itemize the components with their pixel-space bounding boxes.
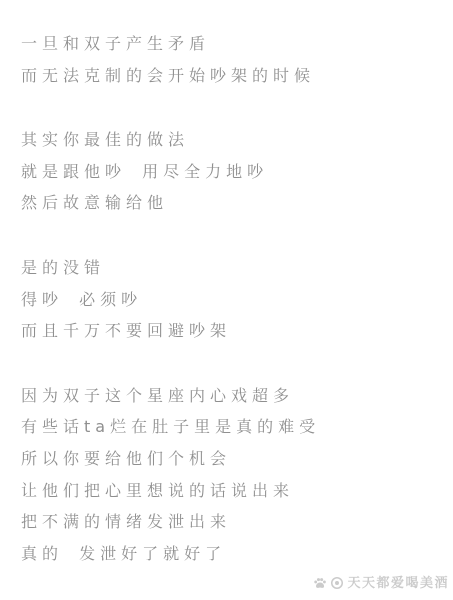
- text-line: 因为双子这个星座内心戏超多: [21, 380, 437, 412]
- text-line: 所以你要给他们个机会: [21, 443, 437, 475]
- paragraph-4: 因为双子这个星座内心戏超多 有些话ta烂在肚子里是真的难受 所以你要给他们个机会…: [21, 380, 437, 570]
- text-line: 其实你最佳的做法: [21, 124, 437, 156]
- text-line: 而且千万不要回避吵架: [21, 315, 437, 347]
- text-line: 而无法克制的会开始吵架的时候: [21, 60, 437, 92]
- paw-icon: [313, 575, 327, 589]
- text-line: 然后故意输给他: [21, 187, 437, 219]
- text-line: 得吵 必须吵: [21, 284, 437, 316]
- circle-icon: [330, 575, 344, 589]
- paragraph-3: 是的没错 得吵 必须吵 而且千万不要回避吵架: [21, 252, 437, 347]
- text-line: 一旦和双子产生矛盾: [21, 28, 437, 60]
- watermark-username: 天天都爱喝美酒: [347, 572, 449, 591]
- text-line: 是的没错: [21, 252, 437, 284]
- paragraph-2: 其实你最佳的做法 就是跟他吵 用尽全力地吵 然后故意输给他: [21, 124, 437, 219]
- text-line: 就是跟他吵 用尽全力地吵: [21, 156, 437, 188]
- post-text-content: 一旦和双子产生矛盾 而无法克制的会开始吵架的时候 其实你最佳的做法 就是跟他吵 …: [0, 0, 453, 569]
- text-line: 真的 发泄好了就好了: [21, 538, 437, 570]
- text-line: 有些话ta烂在肚子里是真的难受: [21, 411, 437, 443]
- text-post-page: 一旦和双子产生矛盾 而无法克制的会开始吵架的时候 其实你最佳的做法 就是跟他吵 …: [0, 0, 453, 600]
- text-line: 让他们把心里想说的话说出来: [21, 475, 437, 507]
- watermark: 天天都爱喝美酒: [313, 572, 449, 591]
- paragraph-1: 一旦和双子产生矛盾 而无法克制的会开始吵架的时候: [21, 28, 437, 91]
- text-line: 把不满的情绪发泄出来: [21, 506, 437, 538]
